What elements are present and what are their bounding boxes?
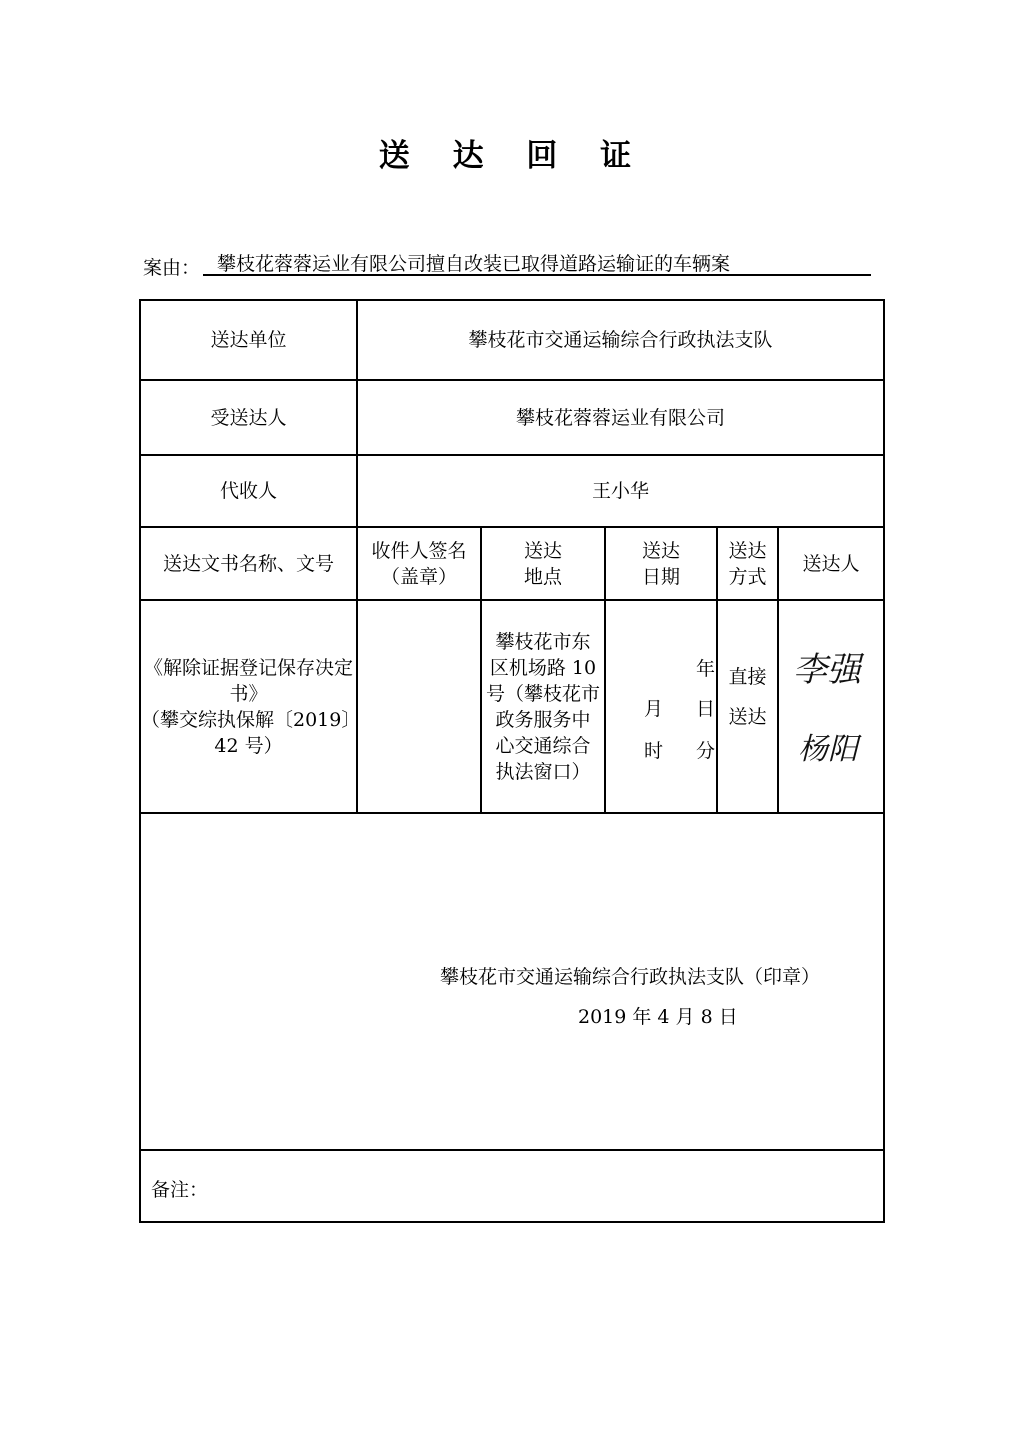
header-place-line1: 送达 <box>524 538 562 564</box>
recipient-value: 攀枝花蓉蓉运业有限公司 <box>358 381 883 454</box>
header-signature: 收件人签名 （盖章） <box>358 528 480 599</box>
date-day: 日 <box>696 694 715 721</box>
agent-value: 王小华 <box>358 456 883 526</box>
date-minute: 分 <box>696 736 715 763</box>
document-title: 送 达 回 证 <box>0 130 1026 175</box>
header-date-line2: 日期 <box>642 564 680 590</box>
header-method-line1: 送达 <box>728 538 766 564</box>
method-cell: 直接 送达 <box>718 601 777 812</box>
doc-name-line: （攀交综执保解〔2019〕 <box>141 707 356 733</box>
header-date-line1: 送达 <box>642 538 680 564</box>
remarks-label: 备注： <box>151 1175 208 1202</box>
doc-name-line: 《解除证据登记保存决定 <box>144 655 353 681</box>
table-border-right <box>883 299 885 1223</box>
recipient-label: 受送达人 <box>141 381 356 454</box>
header-date: 送达 日期 <box>606 528 716 599</box>
sender-unit-label: 送达单位 <box>141 301 356 379</box>
place-line: 执法窗口） <box>495 759 590 785</box>
stamp-org: 攀枝花市交通运输综合行政执法支队（印章） <box>440 962 820 989</box>
header-method-line2: 方式 <box>728 564 766 590</box>
method-line: 直接 <box>728 657 766 697</box>
header-server: 送达人 <box>779 528 883 599</box>
row-divider <box>139 812 885 814</box>
place-line: 政务服务中 <box>495 707 590 733</box>
row-divider <box>139 1149 885 1151</box>
doc-name-line: 书》 <box>229 681 267 707</box>
signature-cell <box>358 601 480 812</box>
agent-label: 代收人 <box>141 456 356 526</box>
case-value: 攀枝花蓉蓉运业有限公司擅自改装已取得道路运输证的车辆案 <box>203 253 871 276</box>
header-signature-line1: 收件人签名 <box>371 538 466 564</box>
case-label: 案由： <box>143 253 200 280</box>
place-line: 攀枝花市东 <box>495 629 590 655</box>
server-signature-1: 李强 <box>793 642 861 691</box>
stamp-date: 2019 年 4 月 8 日 <box>578 1002 738 1029</box>
doc-name-line: 42 号） <box>214 733 282 759</box>
header-signature-line2: （盖章） <box>381 564 457 590</box>
header-method: 送达 方式 <box>718 528 777 599</box>
header-place-line2: 地点 <box>524 564 562 590</box>
sender-unit-value: 攀枝花市交通运输综合行政执法支队 <box>358 301 883 379</box>
place-line: 号（攀枝花市 <box>486 681 600 707</box>
date-hour: 时 <box>644 736 663 763</box>
place-line: 心交通综合 <box>495 733 590 759</box>
date-year: 年 <box>696 654 715 681</box>
header-place: 送达 地点 <box>482 528 604 599</box>
place-cell: 攀枝花市东 区机场路 10 号（攀枝花市 政务服务中 心交通综合 执法窗口） <box>482 601 604 812</box>
date-month: 月 <box>644 694 663 721</box>
place-line: 区机场路 10 <box>490 655 596 681</box>
doc-name-cell: 《解除证据登记保存决定 书》 （攀交综执保解〔2019〕 42 号） <box>141 601 356 812</box>
server-signature-2: 杨阳 <box>798 724 858 768</box>
method-line: 送达 <box>728 697 766 737</box>
table-border-bottom <box>139 1221 885 1223</box>
header-doc-name: 送达文书名称、文号 <box>141 528 356 599</box>
